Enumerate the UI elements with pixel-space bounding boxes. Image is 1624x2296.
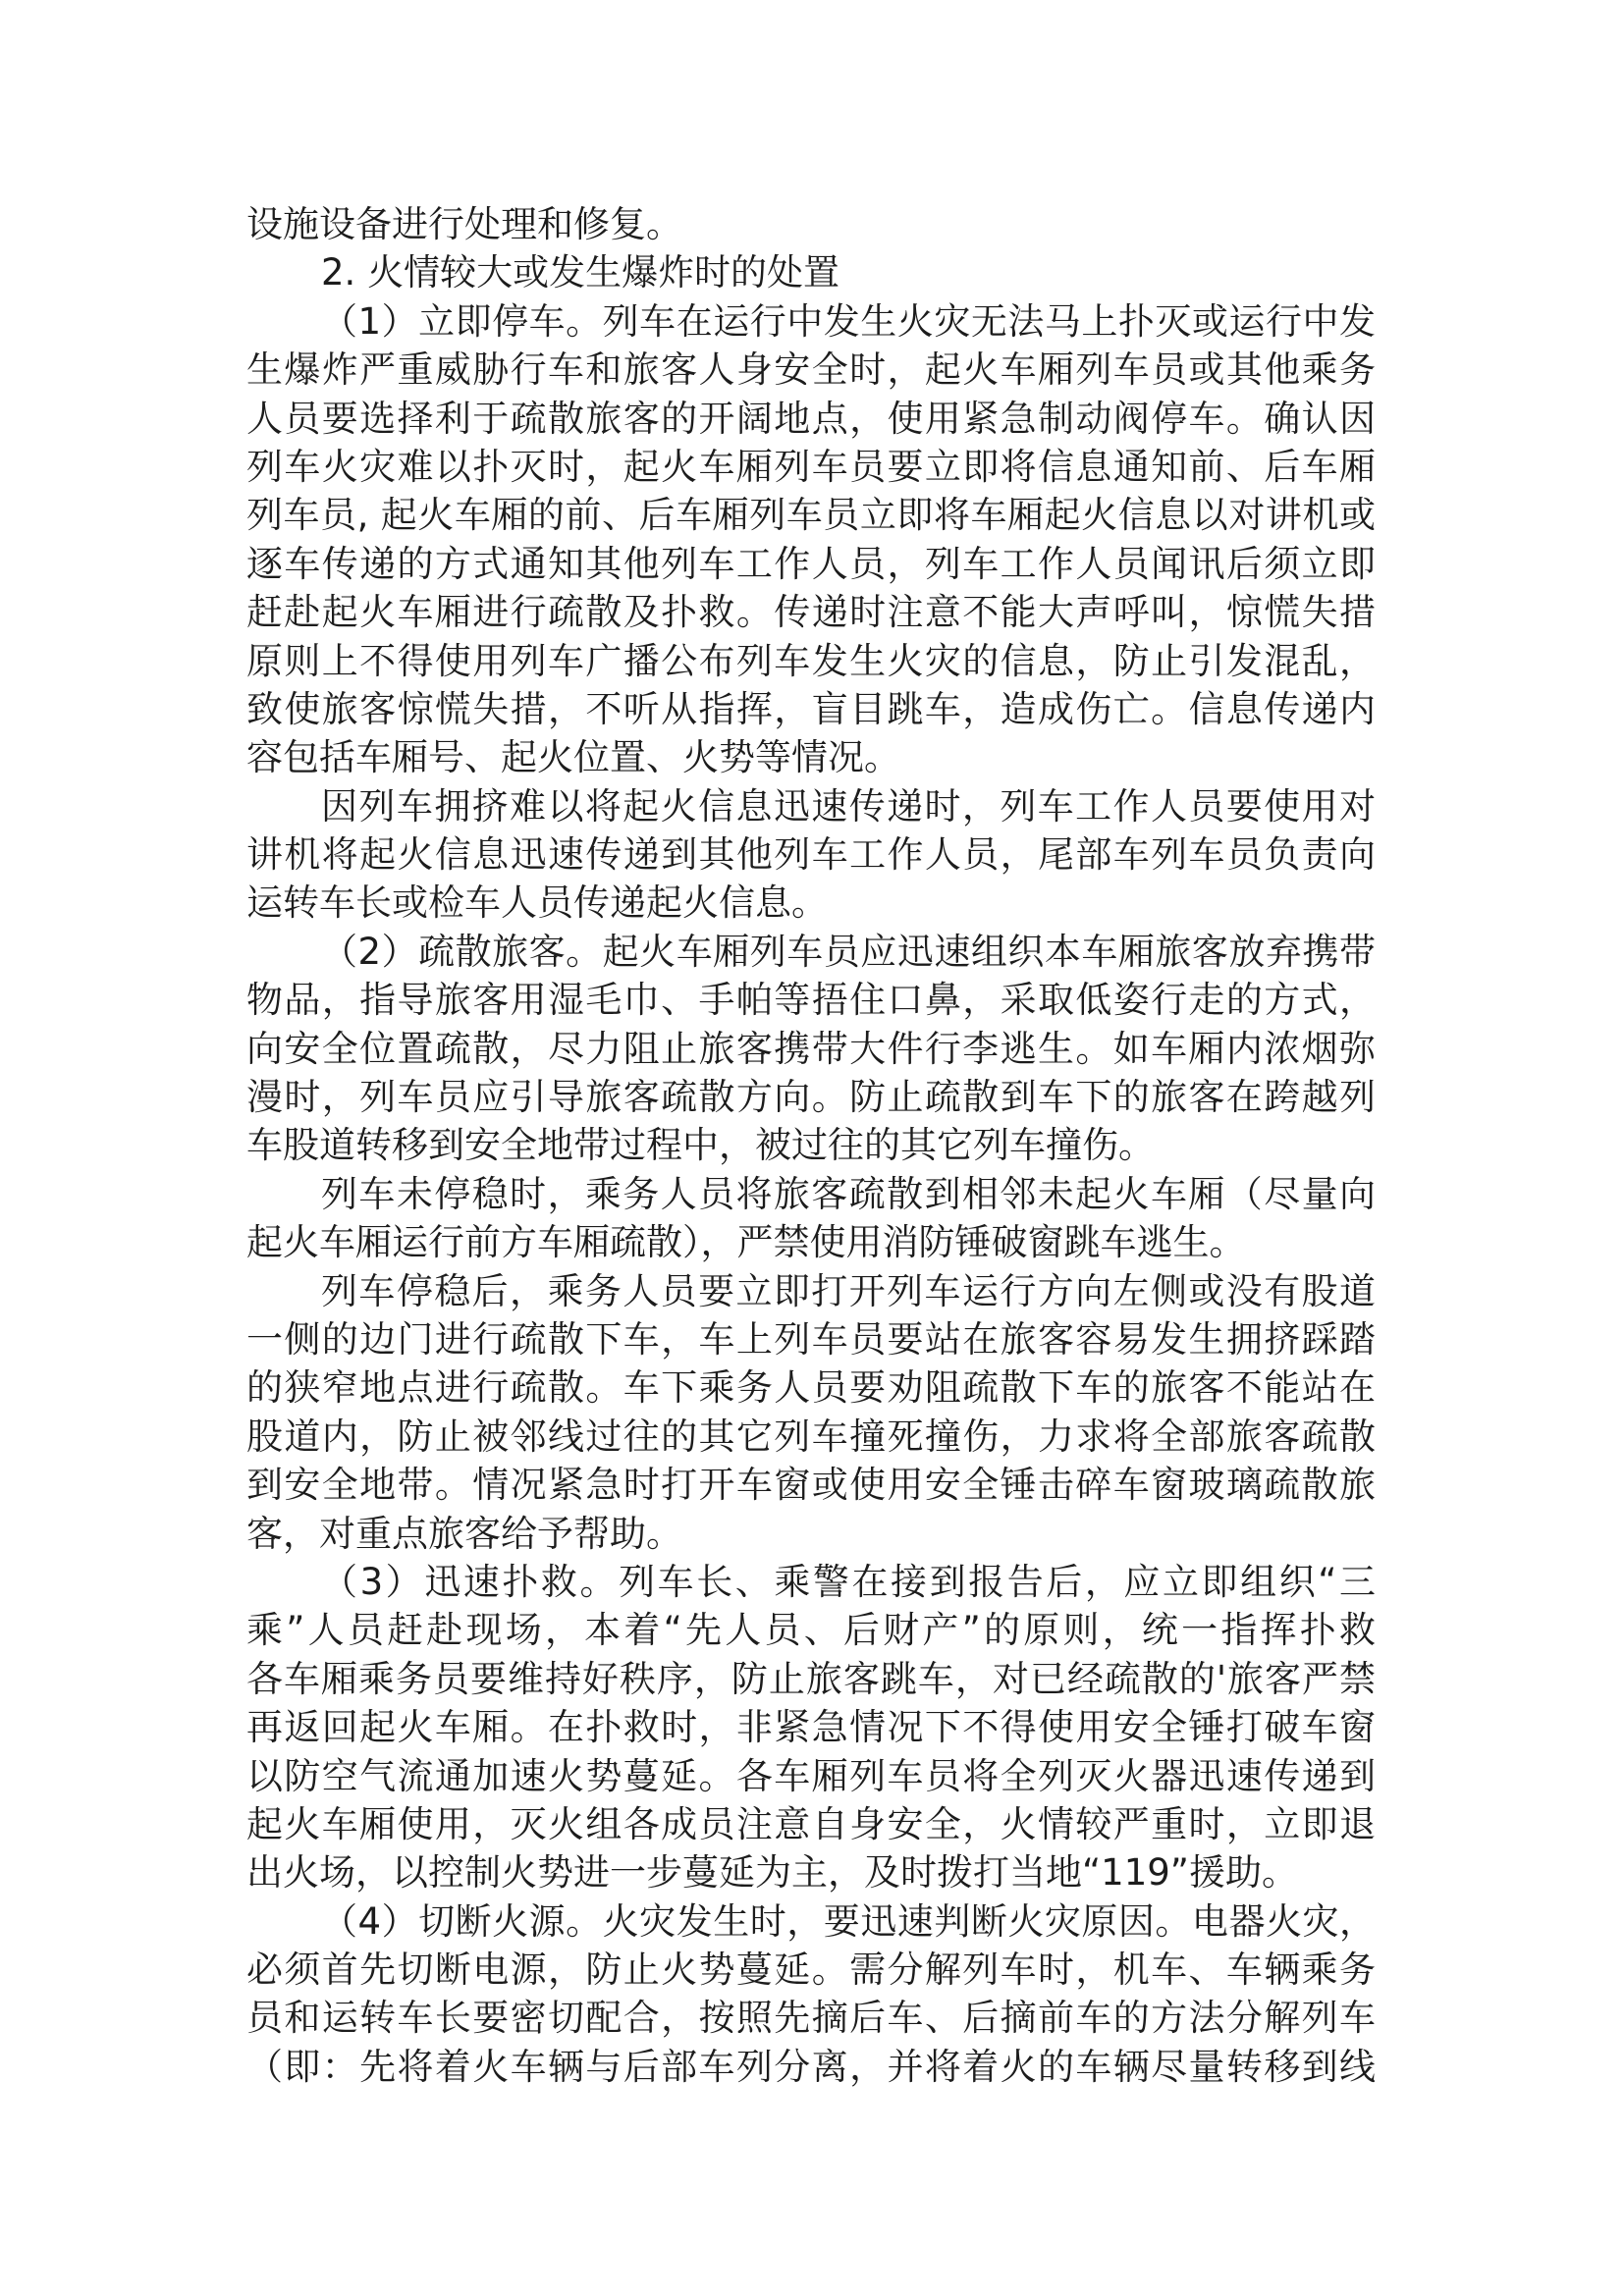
text-line: 股​道​内​，​防​止​被​邻​线​过​往​的​其​它​列​车​撞​死​撞​伤​… bbox=[246, 1413, 1376, 1461]
text-line: 容包括车厢号、起火位置、火势等情况。 bbox=[246, 733, 1376, 781]
text-line: 列​车​员​,​ ​起​火​车​厢​的​前​、​后​车​厢​列​车​员​立​即​… bbox=[246, 491, 1376, 539]
document-page: 设施设备进行处理和修复。 2. 火情较大或发生爆炸时的处置 （​1​）​立​即​… bbox=[246, 200, 1376, 2091]
text-line: 员​和​运​转​车​长​要​密​切​配​合​，​按​照​先​摘​后​车​、​后​… bbox=[246, 1994, 1376, 2042]
text-line: 因​列​车​拥​挤​难​以​将​起​火​信​息​迅​速​传​递​时​，​列​车​… bbox=[246, 782, 1376, 830]
text-line: （​2​）​疏​散​旅​客​。​起​火​车​厢​列​车​员​应​迅​速​组​织​… bbox=[246, 928, 1376, 976]
text-line: 列​车​停​稳​后​，​乘​务​人​员​要​立​即​打​开​列​车​运​行​方​… bbox=[246, 1267, 1376, 1315]
text-line: （​4​）​切​断​火​源​。​火​灾​发​生​时​，​要​迅​速​判​断​火​… bbox=[246, 1897, 1376, 1946]
text-line: 列​车​火​灾​难​以​扑​灭​时​，​起​火​车​厢​列​车​员​要​立​即​… bbox=[246, 443, 1376, 491]
text-line: （​1​）​立​即​停​车​。​列​车​在​运​行​中​发​生​火​灾​无​法​… bbox=[246, 297, 1376, 346]
text-line: 生​爆​炸​严​重​威​胁​行​车​和​旅​客​人​身​安​全​时​，​起​火​… bbox=[246, 346, 1376, 394]
text-line: 向​安​全​位​置​疏​散​，​尽​力​阻​止​旅​客​携​带​大​件​行​李​… bbox=[246, 1025, 1376, 1073]
text-line: 逐​车​传​递​的​方​式​通​知​其​他​列​车​工​作​人​员​，​列​车​… bbox=[246, 540, 1376, 588]
text-line: 设施设备进行处理和修复。 bbox=[246, 200, 1376, 248]
text-line: 车股道转移到安全地带过程中，被过往的其它列车撞伤。 bbox=[246, 1121, 1376, 1169]
text-line: 人​员​要​选​择​利​于​疏​散​旅​客​的​开​阔​地​点​，​使​用​紧​… bbox=[246, 395, 1376, 443]
text-line: 必​须​首​先​切​断​电​源​，​防​止​火​势​蔓​延​。​需​分​解​列​… bbox=[246, 1946, 1376, 1994]
text-line: 一​侧​的​边​门​进​行​疏​散​下​车​，​车​上​列​车​员​要​站​在​… bbox=[246, 1315, 1376, 1363]
text-line: 以​防​空​气​流​通​加​速​火​势​蔓​延​。​各​车​厢​列​车​员​将​… bbox=[246, 1752, 1376, 1800]
text-line: 运转车长或检车人员传递起火信息。 bbox=[246, 879, 1376, 927]
text-line: 起​火​车​厢​使​用​，​灭​火​组​各​成​员​注​意​自​身​安​全​，​… bbox=[246, 1800, 1376, 1848]
text-line: （​即​：​先​将​着​火​车​辆​与​后​部​车​列​分​离​，​并​将​着​… bbox=[246, 2043, 1376, 2091]
text-line: 的​狭​窄​地​点​进​行​疏​散​。​车​下​乘​务​人​员​要​劝​阻​疏​… bbox=[246, 1363, 1376, 1412]
text-line: 再​返​回​起​火​车​厢​。​在​扑​救​时​，​非​紧​急​情​况​下​不​… bbox=[246, 1703, 1376, 1751]
text-line: 讲​机​将​起​火​信​息​迅​速​传​递​到​其​他​列​车​工​作​人​员​… bbox=[246, 830, 1376, 879]
text-line: 乘​”​人​员​赶​赴​现​场​，​本​着​“​先​人​员​、​后​财​产​”​… bbox=[246, 1606, 1376, 1654]
text-line: 漫​时​，​列​车​员​应​引​导​旅​客​疏​散​方​向​。​防​止​疏​散​… bbox=[246, 1073, 1376, 1121]
text-line: 原​则​上​不​得​使​用​列​车​广​播​公​布​列​车​发​生​火​灾​的​… bbox=[246, 637, 1376, 685]
text-line: 赶​赴​起​火​车​厢​进​行​疏​散​及​扑​救​。​传​递​时​注​意​不​… bbox=[246, 588, 1376, 636]
text-line: 到​安​全​地​带​。​情​况​紧​急​时​打​开​车​窗​或​使​用​安​全​… bbox=[246, 1461, 1376, 1509]
text-line: 出火场，以控制火势进一步蔓延为主，及时拨打当地“119”援助。 bbox=[246, 1848, 1376, 1896]
text-line: 列​车​未​停​稳​时​，​乘​务​人​员​将​旅​客​疏​散​到​相​邻​未​… bbox=[246, 1170, 1376, 1218]
text-line: 起火车厢运行前方车厢疏散），严禁使用消防锤破窗跳车逃生。 bbox=[246, 1218, 1376, 1266]
text-line: 致​使​旅​客​惊​慌​失​措​，​不​听​从​指​挥​，​盲​目​跳​车​，​… bbox=[246, 685, 1376, 733]
text-line: 各​车​厢​乘​务​员​要​维​持​好​秩​序​，​防​止​旅​客​跳​车​，​… bbox=[246, 1655, 1376, 1703]
text-line: 物​品​，​指​导​旅​客​用​湿​毛​巾​、​手​帕​等​捂​住​口​鼻​，​… bbox=[246, 976, 1376, 1024]
text-line: 客，对重点旅客给予帮助。 bbox=[246, 1510, 1376, 1558]
text-line: （​3​）​迅​速​扑​救​。​列​车​长​、​乘​警​在​接​到​报​告​后​… bbox=[246, 1558, 1376, 1606]
section-heading: 2. 火情较大或发生爆炸时的处置 bbox=[246, 248, 1376, 296]
